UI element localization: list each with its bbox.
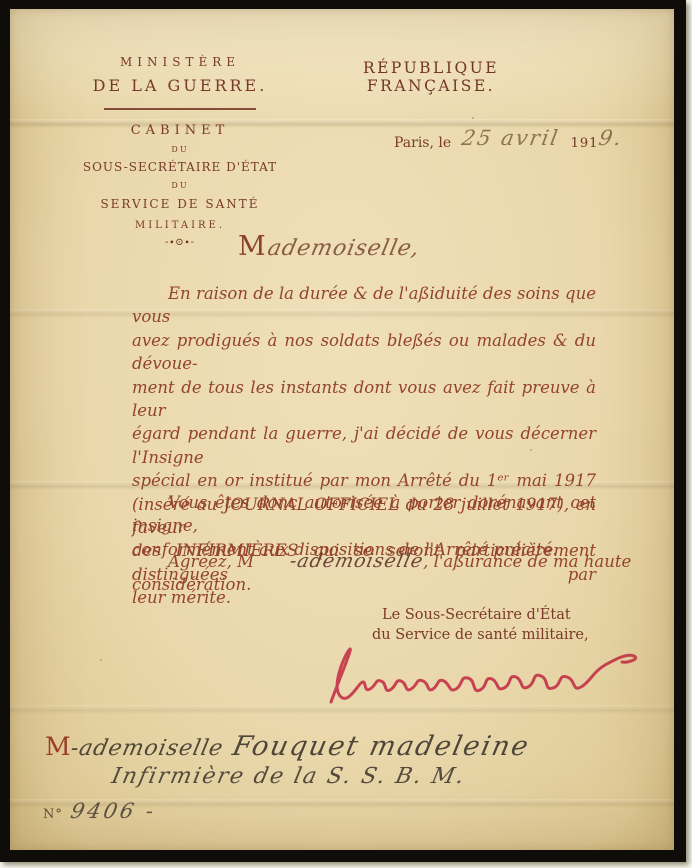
recipient-handwritten-title: -ademoiselle — [68, 736, 226, 761]
number-handwritten-value: 9406 - — [68, 799, 158, 823]
body-line: Vous êtes donc autorisée à porter doréna… — [132, 491, 596, 538]
recipient-line: M-ademoiselleFouquet madeleine — [45, 731, 529, 762]
closing-line: Agréez, M-ademoiselle, l'aßurance de ma … — [132, 550, 596, 573]
closing-printed-suffix: , l'aßurance de ma haute — [423, 552, 631, 571]
signatory-title-line1: Le Sous-Secrétaire d'État — [382, 606, 602, 626]
du-label: DU — [72, 181, 288, 190]
salutation-printed-initial: M — [238, 231, 266, 262]
sous-secretaire-label: SOUS-SECRÉTAIRE D'ÉTAT — [72, 160, 288, 174]
salutation: Mademoiselle, — [238, 231, 419, 262]
recipient-handwritten-role: Infirmière de la S. S. B. M. — [109, 764, 468, 789]
dateline: Paris, le 25 avril 1919. — [394, 128, 623, 152]
militaire-label: MILITAIRE. — [72, 220, 288, 231]
signature-autograph — [315, 636, 660, 708]
ministry-line2: DE LA GUERRE. — [72, 76, 288, 95]
body-line: ment de tous les instants dont vous avez… — [132, 376, 596, 423]
closing-handwritten: -ademoiselle — [251, 550, 425, 573]
document-number: N°9406 - — [43, 799, 156, 823]
body-line: En raison de la durée & de l'aßiduité de… — [132, 282, 596, 329]
body-line: avez prodigués à nos soldats bleßés ou m… — [132, 329, 596, 376]
ministry-line1: MINISTÈRE — [72, 55, 288, 69]
du-label: DU — [72, 145, 288, 154]
body-line: égard pendant la guerre, j'ai décidé de … — [132, 422, 596, 469]
paragraph-3: Agréez, M-ademoiselle, l'aßurance de ma … — [132, 550, 596, 597]
date-handwritten-digit: 9. — [597, 126, 625, 150]
salutation-handwritten: ademoiselle, — [265, 236, 422, 261]
body-line: spécial en or institué par mon Arrêté du… — [132, 469, 596, 492]
paper-speck — [472, 117, 474, 119]
letter-paper: MINISTÈRE DE LA GUERRE. CABINET DU SOUS-… — [10, 9, 674, 850]
republique-francaise-title: RÉPUBLIQUE FRANÇAISE. — [298, 59, 564, 95]
service-sante-label: SERVICE DE SANTÉ — [72, 197, 288, 211]
document-photo: MINISTÈRE DE LA GUERRE. CABINET DU SOUS-… — [0, 0, 686, 862]
closing-line2: considération. — [132, 573, 596, 596]
recipient-handwritten-name: Fouquet madeleine — [230, 731, 533, 762]
closing-printed-prefix: Agréez, M — [168, 552, 254, 571]
date-printed-prefix: Paris, le — [394, 135, 451, 151]
number-label: N° — [43, 807, 63, 822]
paper-speck — [100, 659, 102, 661]
date-handwritten-day: 25 avril — [460, 126, 561, 150]
cabinet-label: CABINET — [72, 123, 288, 138]
letterhead: MINISTÈRE DE LA GUERRE. CABINET DU SOUS-… — [72, 55, 288, 248]
recipient-printed-initial: M — [45, 732, 71, 761]
letterhead-rule — [104, 108, 256, 110]
date-printed-year: 191 — [571, 136, 599, 151]
